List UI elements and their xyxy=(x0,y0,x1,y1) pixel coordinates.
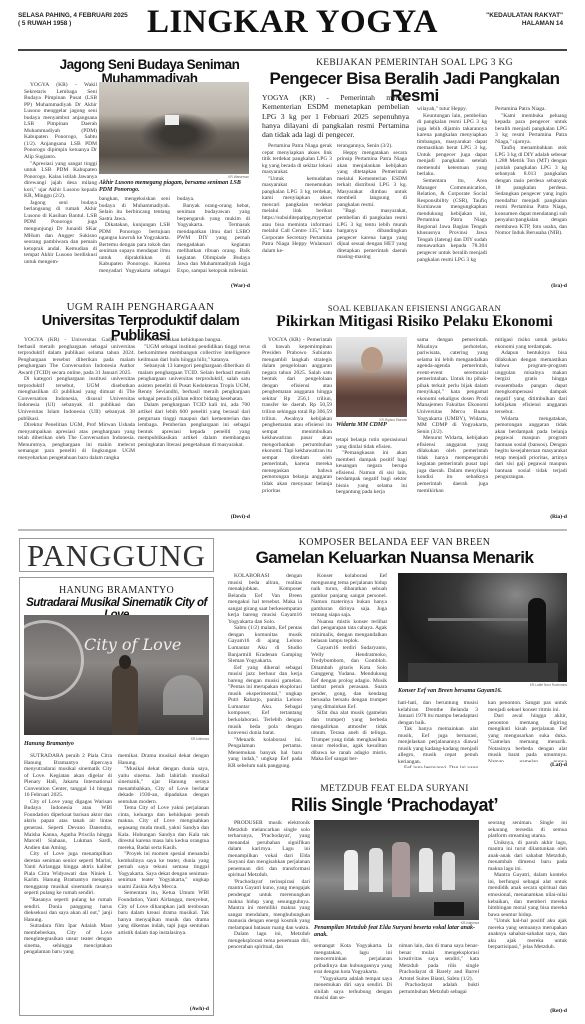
photo-singer xyxy=(392,842,410,897)
lpg-col3: wilayah," tutur Heppy. Keuntungan lain, … xyxy=(417,106,487,278)
paragraph: "Musikal dekat dengan dunia saya, yaitu … xyxy=(118,766,209,805)
paragraph: "Pemangkasan ini akan memberi dampak pos… xyxy=(336,450,407,496)
metzdub-col4: seorang seniman. Single ini sekarang ter… xyxy=(488,820,567,1010)
photo-child xyxy=(442,852,455,890)
paragraph: Sabtu (1/2) malam, Eef pentas dengan kom… xyxy=(228,625,302,664)
efisiensi-headline: Pikirkan Mitigasi Risiko Pelaku Ekonomi xyxy=(262,314,567,330)
gamelan-col2: Konser kolaborasi Eef mengusung tema per… xyxy=(311,573,387,768)
paragraph: Widarta mengatakan, pemotongan anggaran … xyxy=(495,416,567,481)
gamelan-col1: KOLABORASI dengan musisi beda aliran, re… xyxy=(228,573,302,768)
paragraph: Adapun bentuknya bisa dilakukan dengan m… xyxy=(495,350,567,415)
lpg-lead: YOGYA (KR) - Pemerintah melalui Kementer… xyxy=(262,93,409,140)
hanung-col2: memikat. Drama musikal dekat dengan Hanu… xyxy=(118,753,209,1006)
paragraph: "Apresiasi yang sangat tinggi untuk LSB … xyxy=(24,161,97,200)
paragraph: YOGYA (KR) - Universitas Gadjah Mada ber… xyxy=(18,337,135,376)
metzdub-col3: niman lain, dan di mana saya benar-benar… xyxy=(399,943,479,1016)
paragraph: "Yogyakarta adalah tempat saya menemukan… xyxy=(314,976,392,1002)
masthead-paper-info: "KEDAULATAN RAKYAT" HALAMAN 14 xyxy=(486,12,563,28)
efisiensi-col1: YOGYA (KR) - Pemerintah di bawah kepemim… xyxy=(262,337,332,520)
gamelan-headline: Gamelan Keluarkan Nuansa Menarik xyxy=(222,549,567,566)
metzdub-col2: semangat Kota Yogyakarta. Ia mengatakan,… xyxy=(314,943,392,1016)
byline-sign: (Ret)-d xyxy=(488,1008,567,1014)
paragraph: "Rasanya seperti pulang ke rumah sendiri… xyxy=(24,897,112,923)
paragraph: memikat. Drama musikal dekat dengan Hanu… xyxy=(118,753,209,766)
byline-sign: (War)-d xyxy=(177,283,250,289)
gamelan-concert-photo xyxy=(398,573,567,682)
paragraph: SUTRADARA peraih 2 Piala Citra Hanung Br… xyxy=(24,753,112,799)
paragraph: Dikatakan, kunjungan LSB PDM Ponorogo be… xyxy=(99,222,170,276)
photo-speaker xyxy=(434,902,464,916)
paragraph: PRODUSER musik elektronik Metzdub melanc… xyxy=(228,820,310,879)
efisiensi-kicker: SOAL KEBIJAKAN EFISIENSI ANGGARAN xyxy=(262,303,567,313)
byline-sign: (Ria)-d xyxy=(495,514,567,520)
paragraph: Dalam lagu ini, Metzdub mengeksplorasi t… xyxy=(228,931,310,951)
gamelan-kicker: KOMPOSER BELANDA EEF VAN BREEN xyxy=(222,537,567,548)
photo-head xyxy=(119,655,131,669)
hanung-kicker: HANUNG BRAMANTYO xyxy=(22,585,211,596)
paragraph: Nuansa mistis konser terlihat dari penga… xyxy=(311,619,387,645)
paragraph: semangat Kota Yogyakarta. Ia mengatakan,… xyxy=(314,943,392,976)
paragraph: "Kami membuka peluang kepada para pengec… xyxy=(495,113,567,146)
paragraph: sama dengan pemerintah. Misalnya perhote… xyxy=(417,337,488,435)
panggung-label: PANGGUNG xyxy=(27,540,206,571)
paragraph: Konser kolaborasi Eef mengusung tema per… xyxy=(311,573,387,619)
paragraph: City of Love juga menampilkan deretan se… xyxy=(24,851,112,897)
lpg-col2: terangannya, Senin (3/2). Heppy mengatak… xyxy=(337,143,407,278)
paragraph: Tema City of Love yakni perjalanan cinta… xyxy=(118,805,209,851)
gamelan-col3: hati-hati, dan beruntung musisi kelahira… xyxy=(398,700,478,768)
paragraph: "Proyek ini momen spesial menandai kemba… xyxy=(118,851,209,890)
lpg-col4: Pertamina Patra Niaga. "Kami membuka pel… xyxy=(495,106,567,276)
metzdub-kicker: METZDUB FEAT ELDA SURYANI xyxy=(222,784,567,794)
paragraph: "UGM sebagai institusi pendidikan tinggi… xyxy=(138,344,250,364)
metzdub-photo xyxy=(314,820,479,920)
photo-gamelan-frame xyxy=(428,618,528,621)
paragraph: seorang seniman. Single ini sekarang ter… xyxy=(488,820,567,840)
photo-credit: KR-Warseman xyxy=(99,175,249,179)
paragraph: Tak hanya memainkan alat musik, Eef juga… xyxy=(398,726,478,765)
byline-sign: (Ira)-d xyxy=(495,283,567,289)
paragraph: City of Love yang digagas Warisan Budaya… xyxy=(24,799,112,851)
paragraph: Direktur Penelitian UGM, Prof Mirwan Ush… xyxy=(18,422,135,461)
photo-stage xyxy=(408,663,558,682)
paragraph: Pertamina Patra Niaga gerak cepat menyia… xyxy=(262,143,332,176)
paragraph: "Untuk kemudahan masyarakat menemukan pa… xyxy=(262,176,332,255)
paragraph: YOGYA (KR) - Wakil Sekretaris Lembaga Se… xyxy=(24,82,97,161)
paragraph: KOLABORASI dengan musisi beda aliran, re… xyxy=(228,573,302,625)
ugm-col2: ikut mencerdaskan kehidupan bangsa. "UGM… xyxy=(138,337,250,520)
paragraph: mitigasi risiko untuk pelaku ekonomi yan… xyxy=(495,337,567,350)
paragraph: bangkan, mengeksiskan seni budaya di Muh… xyxy=(99,196,170,222)
jagong-col1: YOGYA (KR) - Wakil Sekretaris Lembaga Se… xyxy=(24,82,97,276)
photo-credit: KR-Latief Noor Rochmans xyxy=(398,683,567,687)
photo-face xyxy=(361,347,383,373)
photo-performer xyxy=(528,598,546,668)
paragraph: Heppy mengatakan secara prinsip Pertamin… xyxy=(337,150,407,209)
paragraph: kan penonton. Sangat pas untuk menjadi s… xyxy=(488,700,567,713)
photo-child xyxy=(344,850,358,890)
jagong-caption: Akhir Lusono memegang piagam, bersama se… xyxy=(99,180,251,194)
jagong-col3: budaya. Banyak orang-orang hebat, senima… xyxy=(177,196,250,276)
paragraph: "Bagi masyarakat, pembelian di pangkalan… xyxy=(337,208,407,260)
paragraph: Menurut Widarta, kebijakan efisiensi ang… xyxy=(417,435,488,494)
jagong-col2: bangkan, mengeksiskan seni budaya di Muh… xyxy=(99,196,170,276)
paper-name: "KEDAULATAN RAKYAT" xyxy=(486,12,563,20)
photo-certificate xyxy=(165,115,179,125)
paragraph: hati-hati, dan beruntung musisi kelahira… xyxy=(398,700,478,726)
paragraph: Sutradara film Ipar Adalah Maut membeber… xyxy=(24,923,112,956)
paragraph: Jagong seni budaya berlangsung di rumah … xyxy=(24,200,97,265)
masthead-rule xyxy=(18,49,567,51)
paragraph: tetapi belanja rutin operasional yang di… xyxy=(336,437,407,450)
photo-child xyxy=(369,848,383,892)
metzdub-headline: Rilis Single ‘Prachodayat’ xyxy=(222,796,567,814)
gamelan-col4: kan penonton. Sangat pas untuk menjadi s… xyxy=(488,700,567,762)
photo-child xyxy=(419,848,433,892)
lpg-kicker: KEBIJAKAN PEMERINTAH SOAL LPG 3 KG xyxy=(262,58,567,68)
ugm-col1: YOGYA (KR) - Universitas Gadjah Mada ber… xyxy=(18,337,135,520)
hanung-caption: Hanung Bramantyo xyxy=(24,741,209,748)
photo-title-text: City of Love xyxy=(84,635,181,654)
paragraph: Sebanyak 13 kategori penghargaan diberik… xyxy=(138,363,250,402)
photo-person xyxy=(112,665,138,735)
paragraph: Keuntungan lain, pembelian di pangkalan … xyxy=(417,113,487,178)
ugm-kicker: UGM RAIH PENGHARGAAN xyxy=(18,301,263,313)
jagong-headline: Jagong Seni Budaya Seniman Muhammadiyah xyxy=(22,58,277,85)
paragraph: "Untuk hal-hal positif aku ajak mereka y… xyxy=(488,918,567,951)
section-divider xyxy=(18,529,567,531)
photo-ferris-wheel xyxy=(24,620,84,700)
paragraph: Gayam16 terdiri Sudaryanto, Welly Hendra… xyxy=(311,645,387,710)
paragraph: 'Prachodayat' terinspirasi dari mantra G… xyxy=(228,879,310,931)
paragraph: Mantra Gayatri, dalam konteks ini, berfu… xyxy=(488,872,567,918)
lpg-col1: Pertamina Patra Niaga gerak cepat menyia… xyxy=(262,143,332,278)
paragraph: Sementara itu, Area Manager Communicatio… xyxy=(417,178,487,263)
paragraph: Prachodayat adalah bukti pertumbuhan Met… xyxy=(399,982,479,995)
paragraph: Eef yang dikenal sebagai musisi jazz ber… xyxy=(228,665,302,737)
metzdub-caption: Penampilan Metzdub feat Elda Suryani bes… xyxy=(314,925,479,939)
paragraph: YOGYA (KR) - Pemerintah di bawah kepemim… xyxy=(262,337,332,494)
hanung-col1: SUTRADARA peraih 2 Piala Citra Hanung Br… xyxy=(24,753,112,1013)
paragraph: "Menarik kolaborasi ini. Pengalaman pert… xyxy=(228,737,302,768)
paragraph: Banyak orang-orang hebat, seniman budaya… xyxy=(177,203,250,275)
panggung-section-label-box: PANGGUNG xyxy=(19,538,214,572)
gamelan-caption: Konser Eef van Breen bersama Gayam16. xyxy=(398,688,567,695)
byline-sign: (Lat)-d xyxy=(488,762,567,768)
paragraph: Sementara itu, Ketua Umum WBI Foundation… xyxy=(118,890,209,936)
paragraph: Sifat dua alat musik (gamelan dan trumpe… xyxy=(311,710,387,762)
photo-carousel xyxy=(163,675,203,715)
widarta-caption: Widarta MM CDMP xyxy=(336,422,407,429)
paragraph: Eef juga bernyanyi. Dan ini yang menarik… xyxy=(398,765,478,768)
paragraph: Uniknya, di paruh akhir lagu, mantra ini… xyxy=(488,840,567,873)
byline-sign: (Devi)-d xyxy=(138,514,250,520)
paragraph: niman lain, dan di mana saya benar-benar… xyxy=(399,943,479,982)
photo-group-figure xyxy=(139,112,219,157)
page-number: HALAMAN 14 xyxy=(486,20,563,28)
city-of-love-photo: City of Love xyxy=(24,615,209,735)
efisiensi-col2: tetapi belanja rutin operasional yang di… xyxy=(336,437,407,520)
widarta-photo xyxy=(336,337,407,417)
metzdub-col1: PRODUSER musik elektronik Metzdub melanc… xyxy=(228,820,310,1016)
byline-sign: (Awh)-d xyxy=(118,1006,209,1012)
paragraph: Dari awal hingga akhir, penonton memang … xyxy=(488,713,567,762)
jagong-photo xyxy=(99,82,249,174)
efisiensi-col4: mitigasi risiko untuk pelaku ekonomi yan… xyxy=(495,337,567,512)
paragraph: Dalam penghargaan TCID kali ini, ada 700… xyxy=(138,402,250,448)
paragraph: Taufiq menambahkan stok LPG 3 kg di DIY … xyxy=(495,145,567,237)
efisiensi-col3: sama dengan pemerintah. Misalnya perhote… xyxy=(417,337,488,520)
paragraph: Di kategori penghargaan institusi univer… xyxy=(18,376,135,422)
